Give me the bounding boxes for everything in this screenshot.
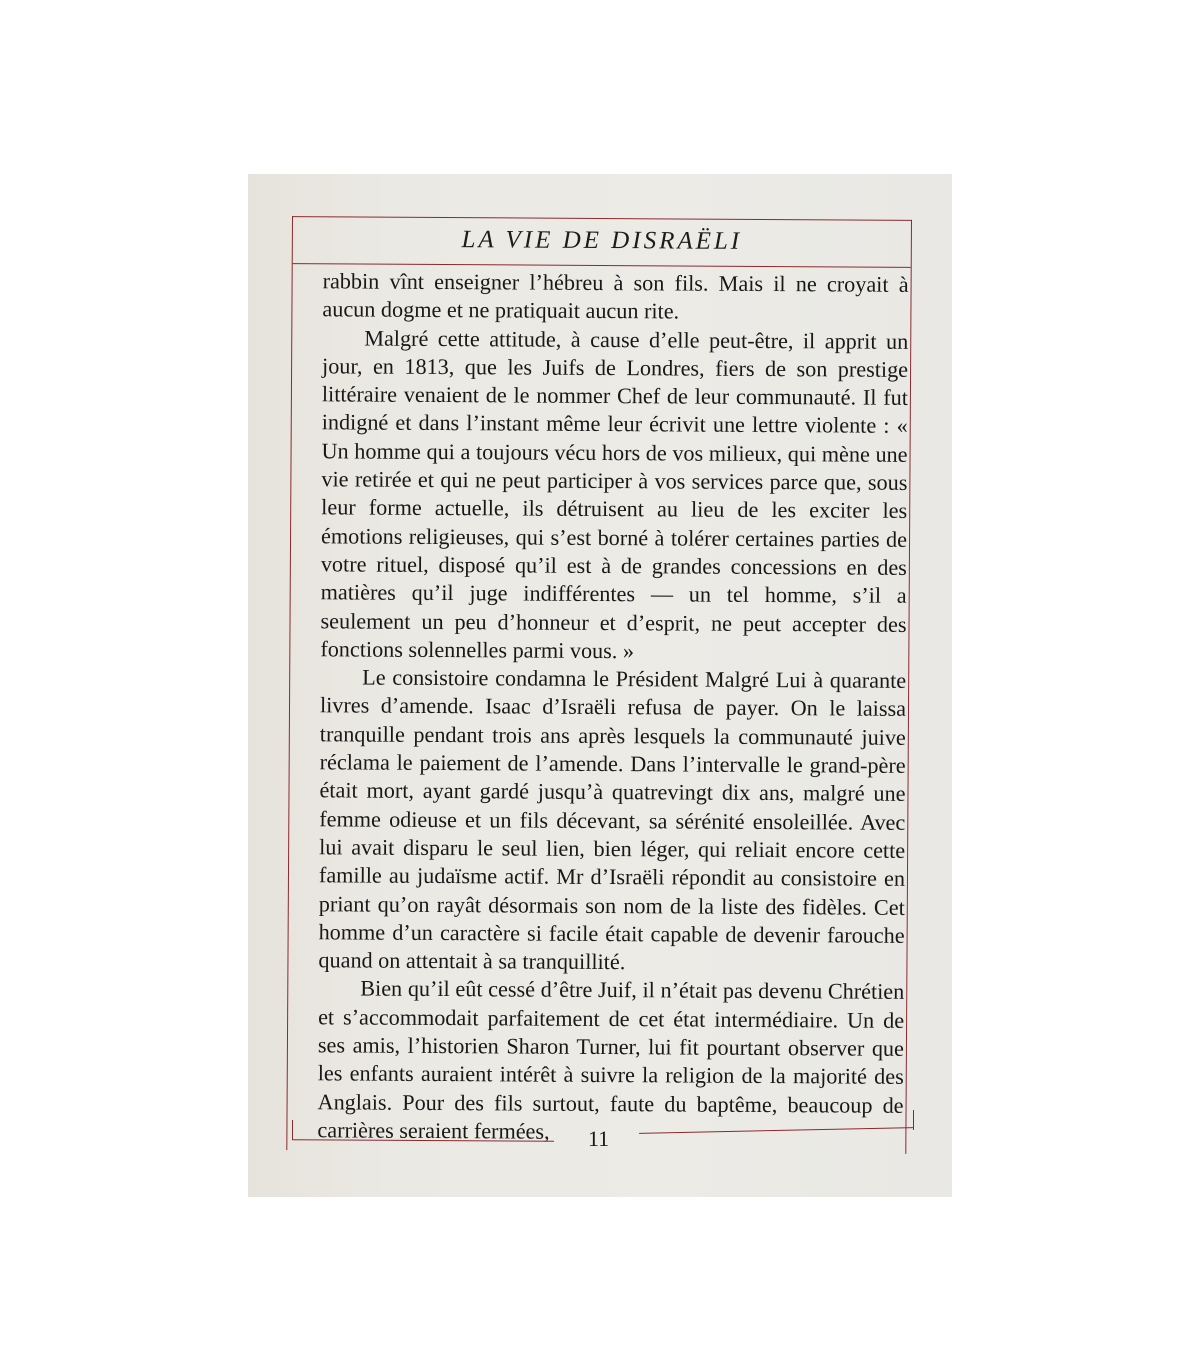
running-head: LA VIE DE DISRAËLI: [293, 225, 911, 257]
frame-corner-right: [913, 1110, 914, 1130]
paragraph: rabbin vînt enseigner l’hébreu à son fil…: [322, 267, 908, 327]
paragraph: Bien qu’il eût cessé d’être Juif, il n’é…: [317, 975, 904, 1148]
page-number: 11: [588, 1126, 609, 1152]
book-page: LA VIE DE DISRAËLI rabbin vînt enseigner…: [248, 174, 952, 1197]
paragraph: Le consistoire condamna le Président Mal…: [318, 663, 906, 978]
page-frame: LA VIE DE DISRAËLI rabbin vînt enseigner…: [286, 216, 912, 1154]
frame-corner-left: [292, 1120, 293, 1140]
paragraph: Malgré cette attitude, à cause d’elle pe…: [320, 324, 908, 667]
page-footer: 11: [292, 1140, 912, 1160]
footer-rule-left: [292, 1139, 554, 1142]
body-text: rabbin vînt enseigner l’hébreu à son fil…: [317, 267, 908, 1148]
